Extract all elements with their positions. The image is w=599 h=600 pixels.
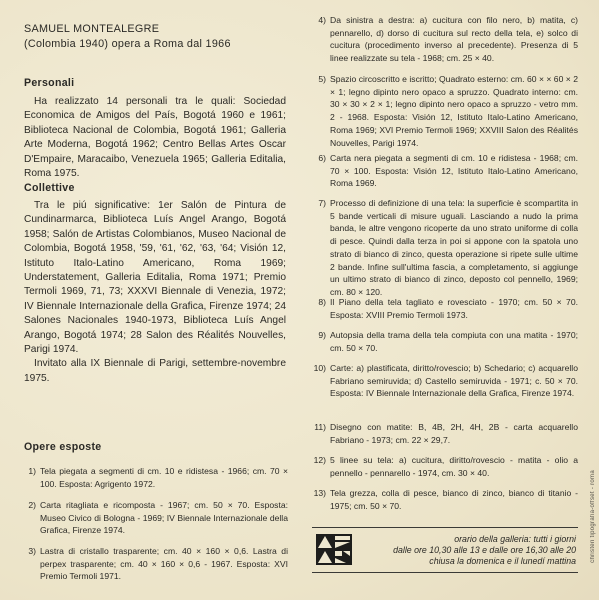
work-number: 11) — [310, 421, 330, 446]
work-item: 3) Lastra di cristallo trasparente; cm. … — [20, 545, 288, 583]
work-item: 6) Carta nera piegata a segmenti di cm. … — [310, 152, 578, 190]
work-text: Tela grezza, colla di pesce, bianco di z… — [330, 487, 578, 512]
hours-line: chiusa la domenica e il lunedí mattina — [393, 556, 576, 567]
personali-text: Ha realizzato 14 personali tra le quali:… — [24, 95, 286, 181]
work-item: 11) Disegno con matite: B, 4B, 2H, 4H, 2… — [310, 421, 578, 446]
work-text: 5 linee su tela: a) cucitura, diritto/ro… — [330, 454, 578, 479]
hours-line: orario della galleria: tutti i giorni — [393, 534, 576, 545]
work-item: 12) 5 linee su tela: a) cucitura, diritt… — [310, 454, 578, 479]
work-text: Processo di definizione di una tela: la … — [330, 197, 578, 299]
work-text: Da sinistra a destra: a) cucitura con fi… — [330, 14, 578, 65]
work-text: Autopsia della trama della tela compiuta… — [330, 329, 578, 354]
collettive-invito: Invitato alla IX Biennale di Parigi, set… — [24, 357, 286, 386]
work-item: 9) Autopsia della trama della tela compi… — [310, 329, 578, 354]
work-number: 7) — [310, 197, 330, 299]
artist-name: SAMUEL MONTEALEGRE — [24, 22, 231, 37]
work-text: Carta nera piegata a segmenti di cm. 10 … — [330, 152, 578, 190]
artist-subtitle: (Colombia 1940) opera a Roma dal 1966 — [24, 37, 231, 52]
collettive-text: Tra le piú significative: 1er Salón de P… — [24, 199, 286, 357]
work-item: 10) Carte: a) plastificata, diritto/rove… — [310, 362, 578, 400]
work-item: 7) Processo di definizione di una tela: … — [310, 197, 578, 299]
work-number: 8) — [310, 296, 330, 321]
collettive-paragraph: Tra le piú significative: 1er Salón de P… — [24, 199, 286, 386]
work-text: Carte: a) plastificata, diritto/rovescio… — [330, 362, 578, 400]
work-number: 4) — [310, 14, 330, 65]
work-item: 4) Da sinistra a destra: a) cucitura con… — [310, 14, 578, 65]
printer-credit: christen tipografia-offset - roma — [590, 470, 596, 563]
work-number: 13) — [310, 487, 330, 512]
hours-line: dalle ore 10,30 alle 13 e dalle ore 16,3… — [393, 545, 576, 556]
work-number: 3) — [20, 545, 40, 583]
section-title-personali: Personali — [24, 77, 74, 89]
work-item: 13) Tela grezza, colla di pesce, bianco … — [310, 487, 578, 512]
work-text: Spazio circoscritto e iscritto; Quadrato… — [330, 73, 578, 149]
section-title-opere: Opere esposte — [24, 441, 102, 453]
work-text: Il Piano della tela tagliato e rovesciat… — [330, 296, 578, 321]
gallery-logo-icon — [316, 534, 352, 565]
work-text: Disegno con matite: B, 4B, 2H, 4H, 2B - … — [330, 421, 578, 446]
work-number: 12) — [310, 454, 330, 479]
work-item: 5) Spazio circoscritto e iscritto; Quadr… — [310, 73, 578, 149]
gallery-hours: orario della galleria: tutti i giorni da… — [393, 534, 576, 568]
work-number: 10) — [310, 362, 330, 400]
work-item: 8) Il Piano della tela tagliato e rovesc… — [310, 296, 578, 321]
work-item: 2) Carta ritagliata e ricomposta - 1967;… — [20, 499, 288, 537]
work-text: Carta ritagliata e ricomposta - 1967; cm… — [40, 499, 288, 537]
work-number: 9) — [310, 329, 330, 354]
work-number: 5) — [310, 73, 330, 149]
work-number: 6) — [310, 152, 330, 190]
section-title-collettive: Collettive — [24, 182, 75, 194]
work-number: 1) — [20, 465, 40, 490]
personali-paragraph: Ha realizzato 14 personali tra le quali:… — [24, 95, 286, 181]
header: SAMUEL MONTEALEGRE (Colombia 1940) opera… — [24, 22, 231, 51]
work-text: Tela piegata a segmenti di cm. 10 e ridi… — [40, 465, 288, 490]
work-number: 2) — [20, 499, 40, 537]
work-item: 1) Tela piegata a segmenti di cm. 10 e r… — [20, 465, 288, 490]
work-text: Lastra di cristallo trasparente; cm. 40 … — [40, 545, 288, 583]
gallery-hours-footer: orario della galleria: tutti i giorni da… — [312, 527, 578, 573]
